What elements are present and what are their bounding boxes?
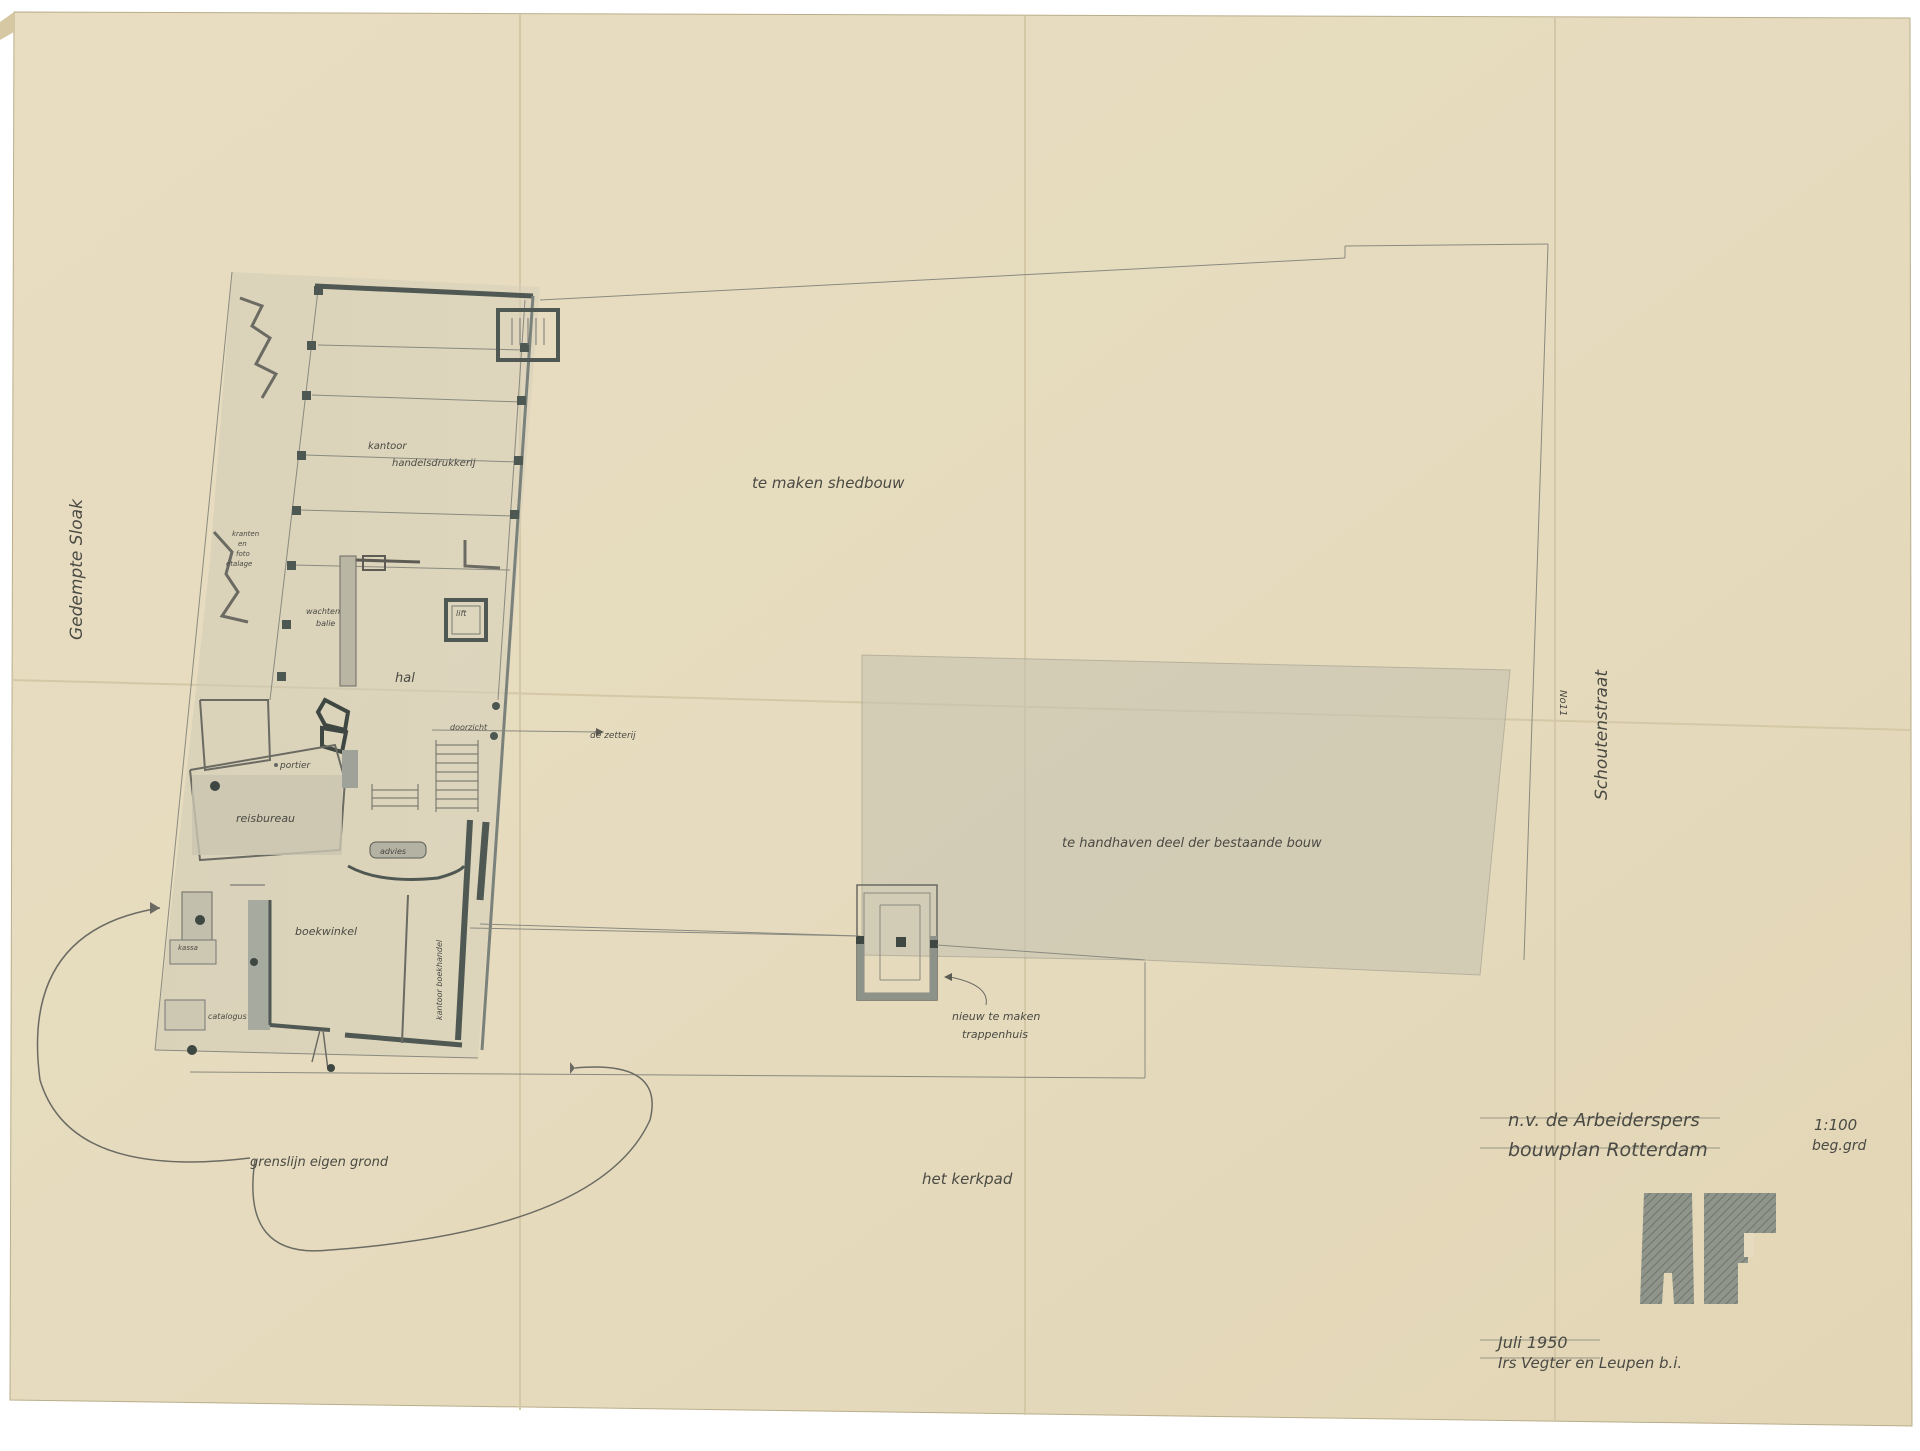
room-porter: portier	[279, 761, 311, 771]
title-scale: 1:100	[1814, 1116, 1857, 1134]
room-catalogue: catalogus	[208, 1012, 247, 1021]
label-new-stair: nieuw te maken	[952, 1010, 1040, 1023]
label-boundary: grenslijn eigen grond	[250, 1155, 389, 1170]
room-lift: lift	[456, 609, 467, 618]
label-path: het kerkpad	[922, 1170, 1013, 1188]
label-canal: Gedempte Sloak	[67, 498, 87, 640]
label-shed: te maken shedbouw	[752, 474, 905, 492]
room-office-bookshop: kantoor boekhandel	[435, 939, 444, 1020]
room-waiting: wachten	[306, 607, 340, 616]
label-street: Schoutenstraat	[1592, 669, 1612, 800]
existing-building	[862, 655, 1510, 975]
title-architects: Irs Vegter en Leupen b.i.	[1498, 1354, 1682, 1372]
room-office: kantoor	[368, 441, 407, 452]
room-travel: reisbureau	[236, 812, 295, 825]
title-floor: beg.grd	[1812, 1138, 1866, 1154]
room-bookshop: boekwinkel	[295, 925, 357, 938]
label-to-printing: de zetterij	[590, 731, 636, 741]
room-cash: kassa	[178, 944, 198, 952]
title-date: Juli 1950	[1495, 1333, 1568, 1352]
title-client: n.v. de Arbeiderspers	[1508, 1110, 1700, 1131]
label-stair-sign: advies	[380, 847, 406, 856]
room-display-2: en	[238, 540, 247, 548]
room-waiting-2: balie	[316, 619, 335, 628]
room-hall: hal	[395, 671, 415, 686]
label-new-stair-2: trappenhuis	[962, 1028, 1028, 1041]
label-existing: te handhaven deel der bestaande bouw	[1062, 836, 1322, 851]
room-display-1: kranten	[232, 530, 259, 538]
room-display-4: etalage	[226, 560, 252, 568]
title-project: bouwplan Rotterdam	[1508, 1139, 1708, 1161]
label-corridor: doorzicht	[450, 723, 488, 732]
room-office-2: handelsdrukkerij	[392, 458, 476, 469]
architectural-drawing-sheet: Gedempte Sloak Schoutenstraat No11 te ma…	[0, 0, 1920, 1451]
label-street-number: No11	[1557, 690, 1568, 716]
room-display-3: foto	[236, 550, 250, 558]
